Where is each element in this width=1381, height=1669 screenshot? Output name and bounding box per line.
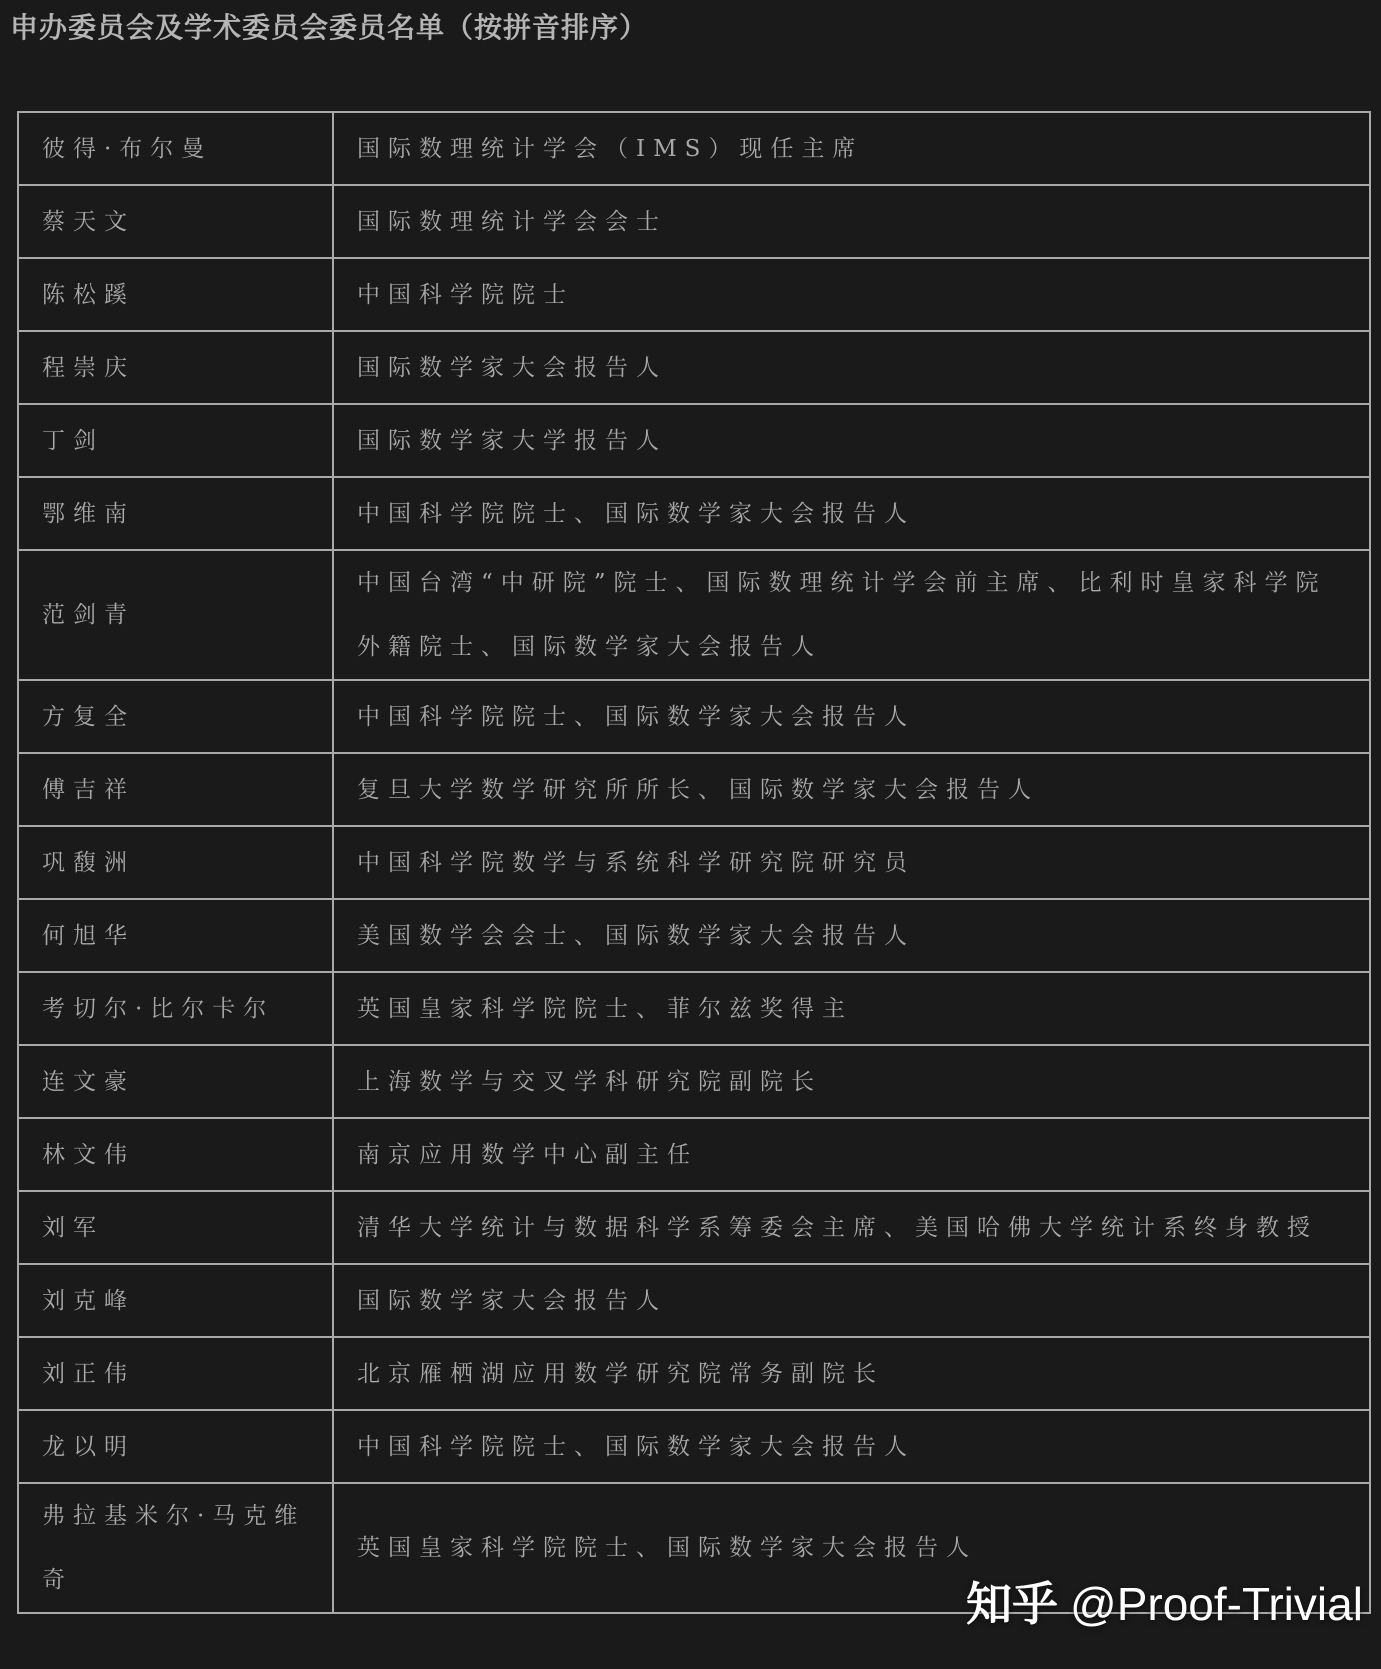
article-page: 申办委员会及学术委员会委员名单（按拼音排序） 彼得·布尔曼国际数理统计学会（IM…	[0, 0, 1381, 1669]
member-name: 蔡天文	[18, 185, 333, 258]
members-tbody: 彼得·布尔曼国际数理统计学会（IMS）现任主席蔡天文国际数理统计学会会士陈松蹊中…	[18, 112, 1370, 1613]
member-description: 复旦大学数学研究所所长、国际数学家大会报告人	[333, 753, 1370, 826]
member-description: 国际数理统计学会（IMS）现任主席	[333, 112, 1370, 185]
member-row: 龙以明中国科学院院士、国际数学家大会报告人	[18, 1410, 1370, 1483]
member-description: 中国台湾“中研院”院士、国际数理统计学会前主席、比利时皇家科学院外籍院士、国际数…	[333, 550, 1370, 680]
member-name: 刘正伟	[18, 1337, 333, 1410]
member-name: 刘克峰	[18, 1264, 333, 1337]
member-name: 丁剑	[18, 404, 333, 477]
members-table: 彼得·布尔曼国际数理统计学会（IMS）现任主席蔡天文国际数理统计学会会士陈松蹊中…	[17, 111, 1371, 1614]
member-name: 龙以明	[18, 1410, 333, 1483]
watermark-author-handle: @Proof-Trivial	[1070, 1578, 1363, 1630]
member-description: 中国科学院院士、国际数学家大会报告人	[333, 680, 1370, 753]
member-description: 清华大学统计与数据科学系筹委会主席、美国哈佛大学统计系终身教授	[333, 1191, 1370, 1264]
member-name: 刘军	[18, 1191, 333, 1264]
member-name: 陈松蹊	[18, 258, 333, 331]
page-title: 申办委员会及学术委员会委员名单（按拼音排序）	[10, 6, 648, 46]
member-description: 国际数学家大学报告人	[333, 404, 1370, 477]
member-description: 中国科学院院士	[333, 258, 1370, 331]
member-name: 范剑青	[18, 550, 333, 680]
member-description: 美国数学会会士、国际数学家大会报告人	[333, 899, 1370, 972]
member-row: 刘克峰国际数学家大会报告人	[18, 1264, 1370, 1337]
member-description: 上海数学与交叉学科研究院副院长	[333, 1045, 1370, 1118]
member-row: 何旭华美国数学会会士、国际数学家大会报告人	[18, 899, 1370, 972]
member-row: 刘军清华大学统计与数据科学系筹委会主席、美国哈佛大学统计系终身教授	[18, 1191, 1370, 1264]
member-description: 北京雁栖湖应用数学研究院常务副院长	[333, 1337, 1370, 1410]
member-description: 中国科学院院士、国际数学家大会报告人	[333, 477, 1370, 550]
member-description: 南京应用数学中心副主任	[333, 1118, 1370, 1191]
member-description: 国际数学家大会报告人	[333, 331, 1370, 404]
member-description: 国际数理统计学会会士	[333, 185, 1370, 258]
member-name: 方复全	[18, 680, 333, 753]
member-row: 傅吉祥复旦大学数学研究所所长、国际数学家大会报告人	[18, 753, 1370, 826]
member-row: 范剑青中国台湾“中研院”院士、国际数理统计学会前主席、比利时皇家科学院外籍院士、…	[18, 550, 1370, 680]
member-row: 方复全中国科学院院士、国际数学家大会报告人	[18, 680, 1370, 753]
member-row: 陈松蹊中国科学院院士	[18, 258, 1370, 331]
member-row: 巩馥洲中国科学院数学与系统科学研究院研究员	[18, 826, 1370, 899]
member-description: 中国科学院数学与系统科学研究院研究员	[333, 826, 1370, 899]
member-name: 鄂维南	[18, 477, 333, 550]
member-row: 鄂维南中国科学院院士、国际数学家大会报告人	[18, 477, 1370, 550]
member-description: 中国科学院院士、国际数学家大会报告人	[333, 1410, 1370, 1483]
member-row: 林文伟南京应用数学中心副主任	[18, 1118, 1370, 1191]
member-description: 国际数学家大会报告人	[333, 1264, 1370, 1337]
member-row: 丁剑国际数学家大学报告人	[18, 404, 1370, 477]
member-row: 刘正伟北京雁栖湖应用数学研究院常务副院长	[18, 1337, 1370, 1410]
member-description: 英国皇家科学院院士、菲尔兹奖得主	[333, 972, 1370, 1045]
member-name: 傅吉祥	[18, 753, 333, 826]
member-row: 彼得·布尔曼国际数理统计学会（IMS）现任主席	[18, 112, 1370, 185]
member-row: 蔡天文国际数理统计学会会士	[18, 185, 1370, 258]
member-name: 彼得·布尔曼	[18, 112, 333, 185]
member-name: 林文伟	[18, 1118, 333, 1191]
member-name: 程崇庆	[18, 331, 333, 404]
member-name: 连文豪	[18, 1045, 333, 1118]
member-name: 考切尔·比尔卡尔	[18, 972, 333, 1045]
watermark: 知乎@Proof-Trivial	[966, 1577, 1363, 1632]
zhihu-brand-text: 知乎	[966, 1578, 1058, 1630]
member-row: 考切尔·比尔卡尔英国皇家科学院院士、菲尔兹奖得主	[18, 972, 1370, 1045]
member-name: 巩馥洲	[18, 826, 333, 899]
member-row: 程崇庆国际数学家大会报告人	[18, 331, 1370, 404]
member-row: 连文豪上海数学与交叉学科研究院副院长	[18, 1045, 1370, 1118]
member-name: 何旭华	[18, 899, 333, 972]
member-name: 弗拉基米尔·马克维奇	[18, 1483, 333, 1613]
